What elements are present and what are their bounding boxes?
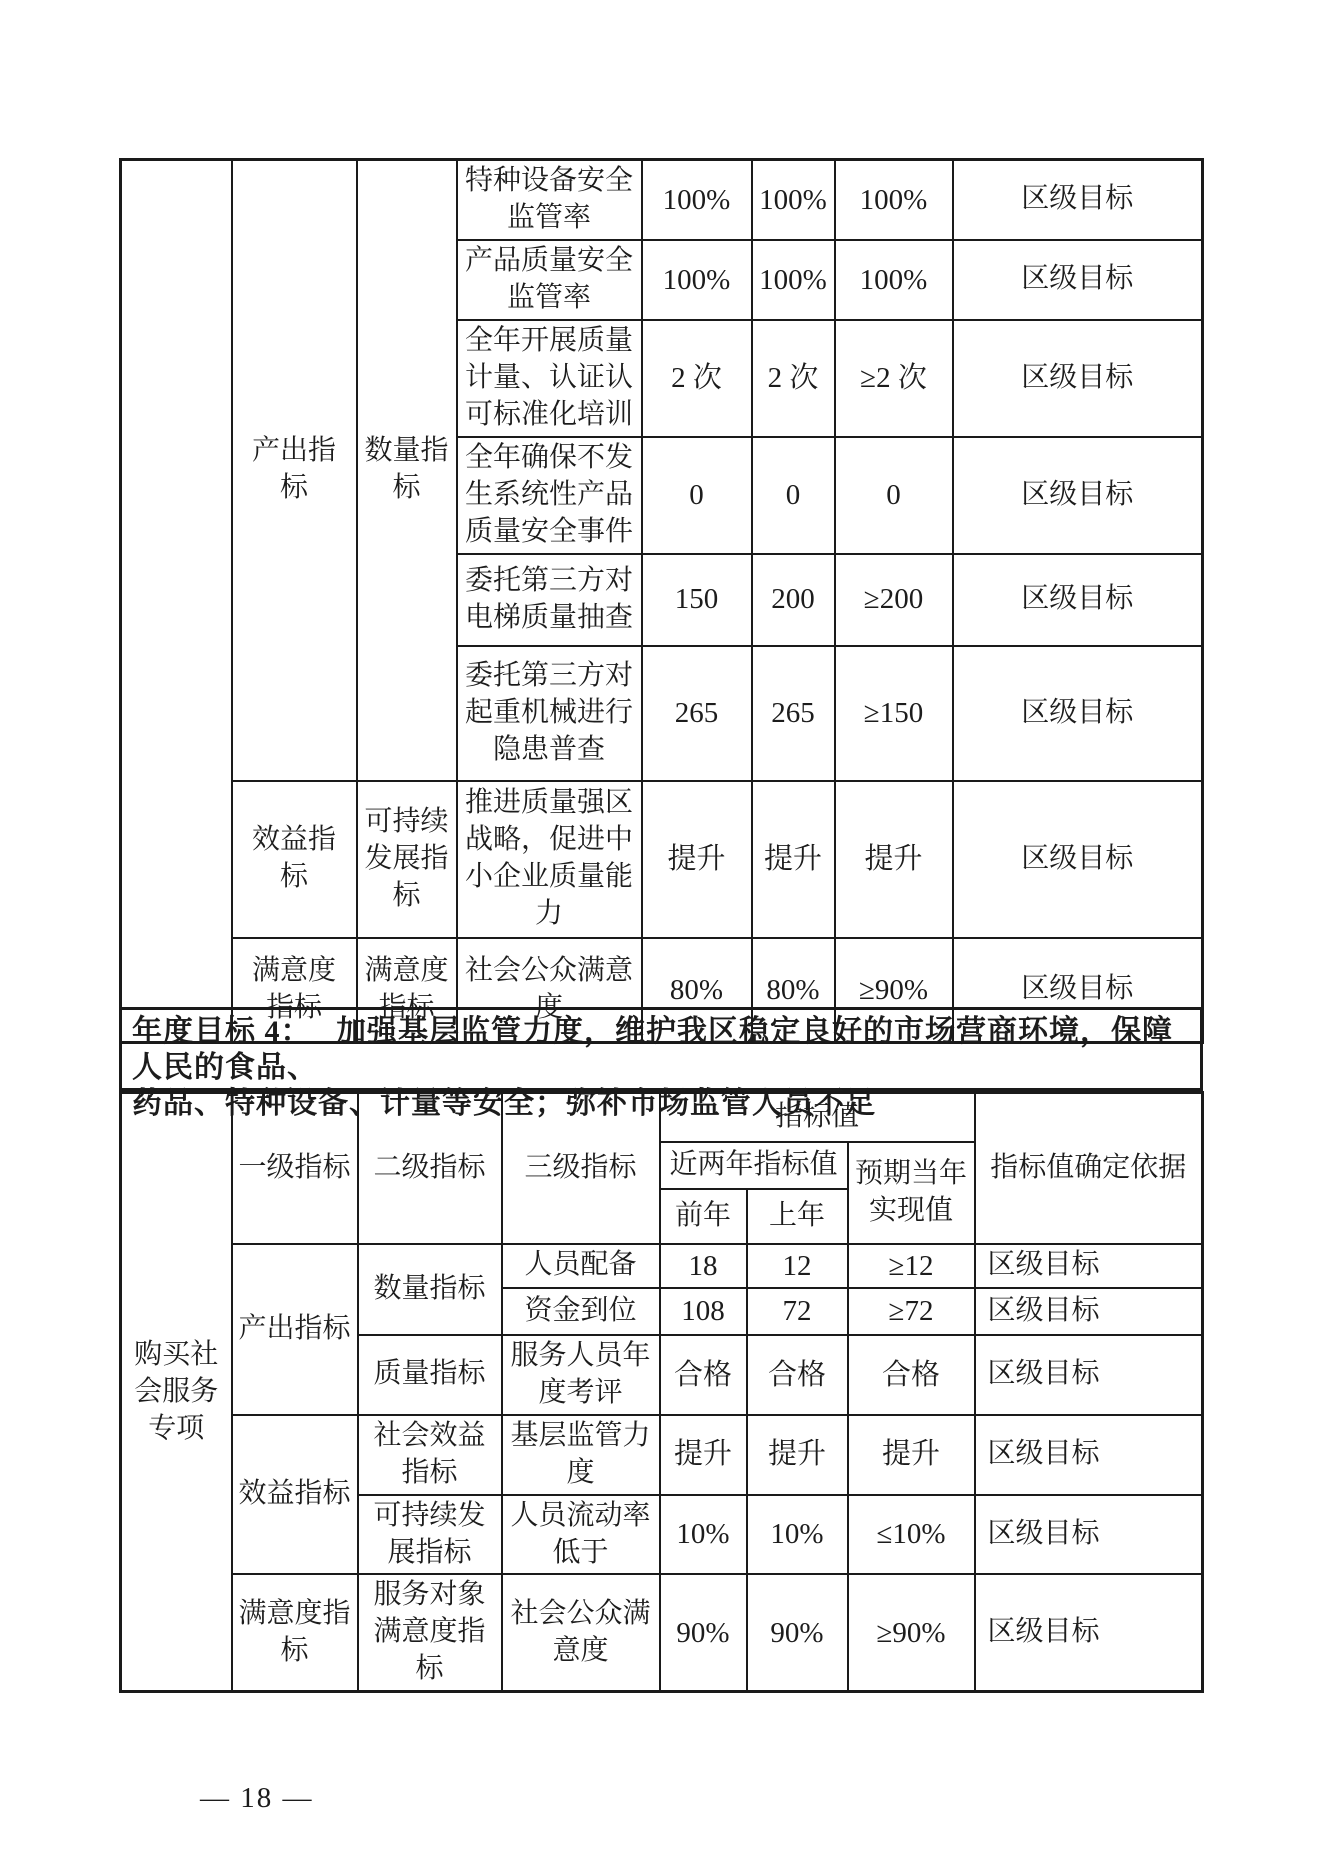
basis-cell: 区级目标 (975, 1335, 1203, 1415)
expected-value: ≥12 (848, 1244, 975, 1288)
prev-year-value: 10% (660, 1495, 747, 1575)
last-year-value: 100% (752, 240, 835, 320)
prev-year-value: 100% (642, 240, 752, 320)
project-name-cell: 购买社会服务专项 (121, 1093, 232, 1692)
level2-social-benefit-cell: 社会效益指标 (358, 1415, 502, 1495)
basis-cell: 区级目标 (953, 160, 1203, 240)
project-column-empty-cell (121, 160, 232, 1043)
document-page: 产出指标 数量指标 特种设备安全监管率 100% 100% 100% 区级目标 … (0, 0, 1323, 1871)
indicator-name-cell: 基层监管力度 (502, 1415, 660, 1495)
annual-goal-4-band: 年度目标 4： 加强基层监管力度，维护我区稳定良好的市场营商环境，保障人民的食品… (119, 1007, 1203, 1091)
header-level2: 二级指标 (358, 1093, 502, 1244)
expected-value: ≥150 (835, 646, 953, 781)
last-year-value: 2 次 (752, 320, 835, 437)
annual-goal-line1: 年度目标 4： 加强基层监管力度，维护我区稳定良好的市场营商环境，保障人民的食品… (132, 1014, 1190, 1086)
indicator-name-cell: 委托第三方对起重机械进行隐患普查 (457, 646, 642, 781)
basis-cell: 区级目标 (975, 1495, 1203, 1575)
basis-cell: 区级目标 (975, 1415, 1203, 1495)
basis-cell: 区级目标 (975, 1244, 1203, 1288)
last-year-value: 72 (747, 1288, 848, 1335)
expected-value: ≥72 (848, 1288, 975, 1335)
prev-year-value: 0 (642, 437, 752, 554)
header-row: 购买社会服务专项 一级指标 二级指标 三级指标 指标值 指标值确定依据 (121, 1093, 1203, 1142)
last-year-value: 提升 (752, 781, 835, 938)
last-year-value: 0 (752, 437, 835, 554)
prev-year-value: 90% (660, 1574, 747, 1691)
indicator-name-cell: 特种设备安全监管率 (457, 160, 642, 240)
level1-benefit-cell: 效益指标 (232, 1415, 358, 1575)
level2-sustainable-cell: 可持续发展指标 (357, 781, 457, 938)
expected-value: ≤10% (848, 1495, 975, 1575)
last-year-value: 100% (752, 160, 835, 240)
header-prev-year: 前年 (660, 1189, 747, 1244)
page-number: — 18 — (200, 1782, 314, 1815)
indicator-name-cell: 推进质量强区战略，促进中小企业质量能力 (457, 781, 642, 938)
level2-quantity-cell: 数量指标 (357, 160, 457, 781)
level2-quality-cell: 质量指标 (358, 1335, 502, 1415)
last-year-value: 200 (752, 554, 835, 646)
basis-cell: 区级目标 (953, 781, 1203, 938)
prev-year-value: 265 (642, 646, 752, 781)
basis-cell: 区级目标 (953, 437, 1203, 554)
basis-cell: 区级目标 (975, 1288, 1203, 1335)
prev-year-value: 提升 (660, 1415, 747, 1495)
level1-satisfaction-cell: 满意度指标 (232, 1574, 358, 1691)
indicator-name-cell: 委托第三方对电梯质量抽查 (457, 554, 642, 646)
expected-value: 100% (835, 240, 953, 320)
basis-cell: 区级目标 (953, 240, 1203, 320)
level1-benefit-cell: 效益指标 (232, 781, 357, 938)
last-year-value: 合格 (747, 1335, 848, 1415)
last-year-value: 10% (747, 1495, 848, 1575)
expected-value: 提升 (835, 781, 953, 938)
prev-year-value: 100% (642, 160, 752, 240)
indicator-name-cell: 服务人员年度考评 (502, 1335, 660, 1415)
expected-value: ≥90% (848, 1574, 975, 1691)
level1-output-cell: 产出指标 (232, 1244, 358, 1415)
expected-value: ≥200 (835, 554, 953, 646)
prev-year-value: 150 (642, 554, 752, 646)
prev-year-value: 2 次 (642, 320, 752, 437)
indicator-name-cell: 全年开展质量计量、认证认可标准化培训 (457, 320, 642, 437)
last-year-value: 12 (747, 1244, 848, 1288)
last-year-value: 90% (747, 1574, 848, 1691)
indicator-table-upper: 产出指标 数量指标 特种设备安全监管率 100% 100% 100% 区级目标 … (119, 158, 1204, 1044)
basis-cell: 区级目标 (953, 554, 1203, 646)
basis-cell: 区级目标 (953, 320, 1203, 437)
expected-value: 100% (835, 160, 953, 240)
header-level3: 三级指标 (502, 1093, 660, 1244)
level2-sustainable-cell: 可持续发展指标 (358, 1495, 502, 1575)
expected-value: 提升 (848, 1415, 975, 1495)
table-row: 效益指标 社会效益指标 基层监管力度 提升 提升 提升 区级目标 (121, 1415, 1203, 1495)
expected-value: 合格 (848, 1335, 975, 1415)
basis-cell: 区级目标 (975, 1574, 1203, 1691)
level2-target-satisfaction-cell: 服务对象满意度指标 (358, 1574, 502, 1691)
level1-output-cell: 产出指标 (232, 160, 357, 781)
indicator-name-cell: 人员流动率低于 (502, 1495, 660, 1575)
indicator-name-cell: 社会公众满意度 (502, 1574, 660, 1691)
indicator-name-cell: 全年确保不发生系统性产品质量安全事件 (457, 437, 642, 554)
table-row: 产出指标 数量指标 人员配备 18 12 ≥12 区级目标 (121, 1244, 1203, 1288)
last-year-value: 265 (752, 646, 835, 781)
prev-year-value: 108 (660, 1288, 747, 1335)
level2-quantity-cell: 数量指标 (358, 1244, 502, 1335)
table-row: 效益指标 可持续发展指标 推进质量强区战略，促进中小企业质量能力 提升 提升 提… (121, 781, 1203, 938)
expected-value: ≥2 次 (835, 320, 953, 437)
prev-year-value: 18 (660, 1244, 747, 1288)
expected-value: 0 (835, 437, 953, 554)
prev-year-value: 合格 (660, 1335, 747, 1415)
indicator-table-social-services: 购买社会服务专项 一级指标 二级指标 三级指标 指标值 指标值确定依据 近两年指… (119, 1091, 1204, 1693)
table-row: 满意度指标 服务对象满意度指标 社会公众满意度 90% 90% ≥90% 区级目… (121, 1574, 1203, 1691)
indicator-name-cell: 产品质量安全监管率 (457, 240, 642, 320)
header-basis: 指标值确定依据 (975, 1093, 1203, 1244)
header-recent-two-years: 近两年指标值 (660, 1142, 848, 1189)
header-expected: 预期当年实现值 (848, 1142, 975, 1244)
prev-year-value: 提升 (642, 781, 752, 938)
header-level1: 一级指标 (232, 1093, 358, 1244)
basis-cell: 区级目标 (953, 646, 1203, 781)
table-row: 产出指标 数量指标 特种设备安全监管率 100% 100% 100% 区级目标 (121, 160, 1203, 240)
indicator-name-cell: 人员配备 (502, 1244, 660, 1288)
header-last-year: 上年 (747, 1189, 848, 1244)
indicator-name-cell: 资金到位 (502, 1288, 660, 1335)
header-value-group: 指标值 (660, 1093, 975, 1142)
last-year-value: 提升 (747, 1415, 848, 1495)
